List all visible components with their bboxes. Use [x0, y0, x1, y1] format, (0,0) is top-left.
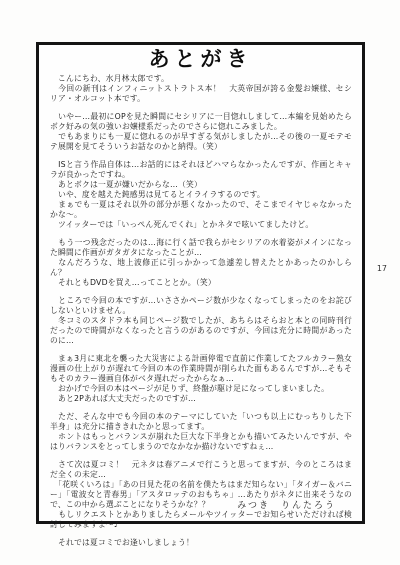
afterword-paragraph: いや、度を越えた鈍感男は見てるとイライラするのです。	[50, 190, 352, 200]
afterword-paragraph: ところで今回の本ですが…いささかページ数が少なくなってしまったのをお詫びしないと…	[50, 296, 352, 316]
afterword-paragraph: それともDVDを買え…ってこととか。（笑）	[50, 278, 352, 288]
afterword-paragraph: まぁ3月に東北を襲った大災害による計画停電で直前に作業してたフルカラー熟女漫画の…	[50, 354, 352, 384]
afterword-paragraph: ただ、そんな中でも今回の本のテーマにしていた「いつも以上にむっちりした下半身」は…	[50, 412, 352, 432]
page-number: 17	[377, 264, 387, 273]
scanned-page: あとがき こんにちわ、水月林太郎です。 今回の新刊はインフィニットストラトス本！…	[0, 0, 400, 565]
afterword-paragraph: いやー…最初にOPを見た瞬間にセシリアに一目惚れしまして…本編を見始めたらボク好…	[50, 112, 352, 132]
afterword-paragraph: ISと言う作品自体は…お話的にはそれほどハマらなかったんですが、作画とキャラが良…	[50, 160, 352, 180]
afterword-paragraph: もう一つ残念だったのは…海に行く話で我らがセシリアの水着姿がメインになった瞬間に…	[50, 238, 352, 258]
afterword-paragraph: 今回の新刊はインフィニットストラトス本！ 大英帝国が誇る金髪お嬢様、セシリア・オ…	[50, 84, 352, 104]
afterword-paragraph	[50, 530, 352, 539]
afterword-paragraph: あと2Pあれば大丈夫だったのですが…	[50, 394, 352, 404]
author-signature: みつき りんたろう	[237, 498, 336, 511]
afterword-box: あとがき こんにちわ、水月林太郎です。 今回の新刊はインフィニットストラトス本！…	[36, 42, 365, 524]
afterword-paragraph: まぁでも一夏はそれ以外の部分が悪くなかったので、そこまでイヤじゃなかったかな～。	[50, 200, 352, 220]
afterword-paragraph	[50, 288, 352, 297]
afterword-paragraph	[50, 230, 352, 239]
afterword-paragraph	[50, 404, 352, 413]
afterword-paragraph: ホントはもっとバランスが崩れた巨大な下半身とかも描いてみたいんですが、やはりバラ…	[50, 432, 352, 452]
afterword-paragraph: 冬コミのスタドラ本も同じページ数でしたが、あちらはそらおと本との同時刊行だったの…	[50, 316, 352, 346]
afterword-paragraph: でもあまりにも一夏に惚れるのが早すぎる気がしましたが…その後の一夏モテモテ展開を…	[50, 132, 352, 152]
afterword-paragraph: ツイッターでは「いっぺん死んでくれ」とかネタで呟いてましたけど。	[50, 220, 352, 230]
afterword-paragraph: さて次は夏コミ！ 元ネタは春アニメで行こうと思ってますが、今のところはまだ全くの…	[50, 460, 352, 480]
afterword-paragraph	[50, 104, 352, 113]
afterword-paragraph	[50, 346, 352, 355]
afterword-paragraph: おかげで今回の本はページが足りず、終盤が駆け足になってしまいました。	[50, 384, 352, 394]
afterword-paragraph: あとボクは一夏が嫌いだからな…（笑）	[50, 180, 352, 190]
afterword-title: あとがき	[39, 47, 362, 71]
afterword-paragraph: なんだろうな、地上波修正に引っかかって急遽差し替えたとかあったのかしらん？	[50, 258, 352, 278]
afterword-paragraph: それでは夏コミでお逢いしましょう！	[50, 538, 352, 548]
afterword-body: こんにちわ、水月林太郎です。 今回の新刊はインフィニットストラトス本！ 大英帝国…	[39, 74, 362, 548]
afterword-paragraph: こんにちわ、水月林太郎です。	[50, 74, 352, 84]
afterword-paragraph: もしリクエストとかありましたらメールやツイッターでお知らせいただければ検討してみ…	[50, 510, 352, 530]
